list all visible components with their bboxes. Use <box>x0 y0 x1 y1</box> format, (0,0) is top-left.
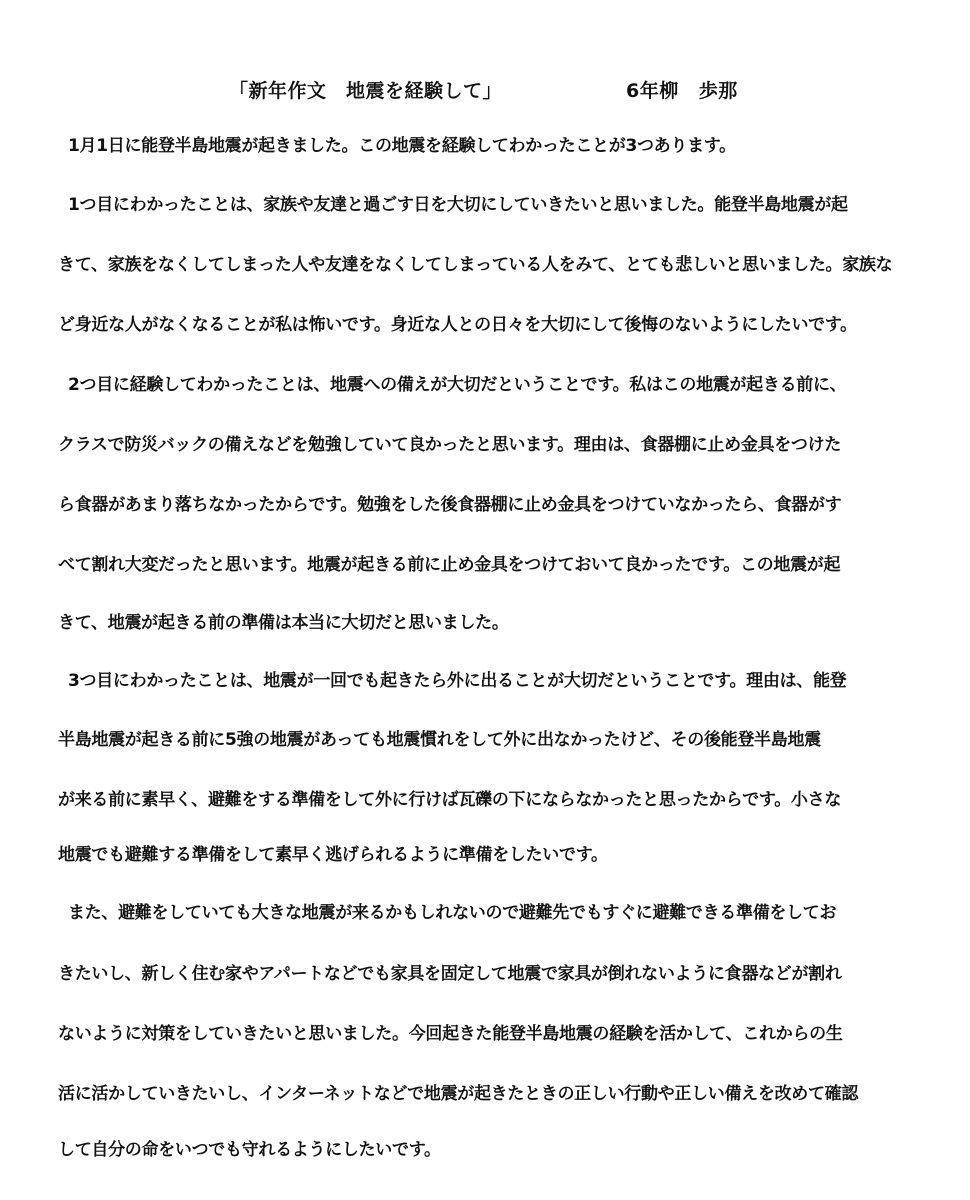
essay-line: ど身近な人がなくなることが私は怖いです。身近な人との日々を大切にして後悔のないよ… <box>58 312 918 338</box>
author-byline: 6年柳歩那 <box>626 76 738 103</box>
grade-label: 6年 <box>626 80 659 102</box>
essay-line: 1月1日に能登半島地震が起きました。この地震を経験してわかったことが3つあります… <box>68 133 928 159</box>
essay-line: して自分の命をいつでも守れるようにしたいです。 <box>58 1137 918 1163</box>
essay-line: 地震でも避難する準備をして素早く逃げられるように準備をしたいです。 <box>58 842 918 868</box>
essay-line: 1つ目にわかったことは、家族や友達と過ごす日を大切にしていきたいと思いました。能… <box>68 192 928 218</box>
essay-line: ら食器があまり落ちなかったからです。勉強をした後食器棚に止め金具をつけていなかっ… <box>58 492 918 518</box>
essay-line: クラスで防災バックの備えなどを勉強していて良かったと思います。理由は、食器棚に止… <box>58 432 918 458</box>
essay-page: 「新年作文 地震を経験して」 6年柳歩那 1月1日に能登半島地震が起きました。こ… <box>0 0 970 1200</box>
essay-line: 2つ目に経験してわかったことは、地震への備えが大切だということです。私はこの地震… <box>68 372 928 398</box>
essay-line: ないように対策をしていきたいと思いました。今回起きた能登半島地震の経験を活かして… <box>58 1021 918 1047</box>
essay-line: きて、家族をなくしてしまった人や友達をなくしてしまっている人をみて、とても悲しい… <box>58 252 918 278</box>
essay-line: また、避難をしていても大きな地震が来るかもしれないので避難先でもすぐに避難できる… <box>68 900 928 926</box>
author-given-name: 歩那 <box>699 80 738 102</box>
essay-line: べて割れ大変だったと思います。地震が起きる前に止め金具をつけておいて良かったです… <box>58 552 918 578</box>
essay-line: 3つ目にわかったことは、地震が一回でも起きたら外に出ることが大切だということです… <box>68 668 928 694</box>
essay-line: きたいし、新しく住む家やアパートなどでも家具を固定して地震で家具が倒れないように… <box>58 961 918 987</box>
essay-title: 「新年作文 地震を経験して」 <box>229 76 502 103</box>
essay-line: きて、地震が起きる前の準備は本当に大切だと思いました。 <box>58 610 918 636</box>
essay-line: が来る前に素早く、避難をする準備をして外に行けば瓦礫の下にならなかったと思ったか… <box>58 787 918 813</box>
essay-line: 半島地震が起きる前に5強の地震があっても地震慣れをして外に出なかったけど、その後… <box>58 727 918 753</box>
essay-line: 活に活かしていきたいし、インターネットなどで地震が起きたときの正しい行動や正しい… <box>58 1081 918 1107</box>
author-family-name: 柳 <box>659 80 679 102</box>
header-row: 「新年作文 地震を経験して」 6年柳歩那 <box>0 72 970 104</box>
